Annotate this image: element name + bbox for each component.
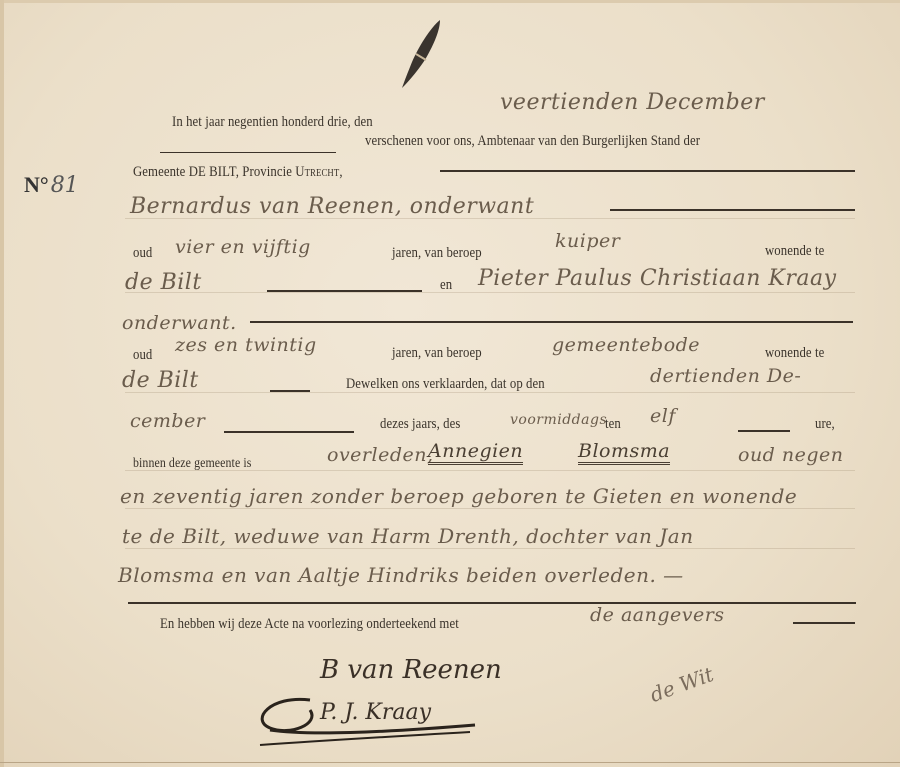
blank-line: [224, 431, 354, 433]
pen-nib-icon: [400, 18, 445, 90]
blank-line: [610, 209, 855, 211]
deceased-parents: Blomsma en van Aaltje Hindriks beiden ov…: [118, 563, 684, 587]
declarant1-name: Bernardus van Reenen, onderwant: [130, 194, 534, 219]
paper-edge-left: [0, 0, 4, 767]
label-wonende: wonende te: [765, 243, 824, 260]
appeared-text: verschenen voor ons, Ambtenaar van den B…: [365, 133, 700, 150]
label-oud: oud: [133, 347, 152, 364]
declarant2-name: Pieter Paulus Christiaan Kraay: [478, 266, 837, 291]
deceased-last-name: Blomsma: [578, 440, 670, 465]
label-ten: ten: [605, 416, 621, 433]
signature-declarant1: B van Reenen: [320, 655, 502, 685]
declarant1-age: vier en vijftig: [175, 236, 311, 258]
label-jaren-beroep: jaren, van beroep: [392, 245, 482, 262]
blank-line: [793, 622, 855, 624]
declaration-text: Dewelken ons verklaarden, dat op den: [346, 376, 545, 393]
deceased-first-name: Annegien: [428, 440, 523, 465]
blank-line: [270, 390, 310, 392]
guide-line: [125, 548, 855, 549]
death-month: cember: [130, 410, 205, 432]
paper-edge-top: [0, 0, 900, 3]
deceased-details-line1: en zeventig jaren zonder beroep geboren …: [120, 484, 797, 508]
record-number: N°81: [24, 172, 79, 198]
blank-line: [738, 430, 790, 432]
signature-official: de Wit: [647, 662, 717, 707]
deceased-status: overleden,: [327, 444, 434, 466]
declarant2-residence: de Bilt: [122, 368, 199, 393]
declarant2-age: zes en twintig: [175, 334, 317, 356]
label-dezes-jaars: dezes jaars, des: [380, 416, 460, 433]
signing-statement: En hebben wij deze Acte na voorlezing on…: [160, 616, 459, 633]
signers: de aangevers: [590, 604, 725, 626]
municipality-text: Gemeente DE BILT, Provincie Utrecht,: [133, 164, 343, 181]
death-time-of-day: voormiddags: [510, 412, 607, 428]
label-en: en: [440, 277, 452, 294]
declarant1-residence: de Bilt: [125, 270, 202, 295]
declarant1-occupation: kuiper: [555, 230, 620, 252]
declarant2-occupation: gemeentebode: [552, 334, 700, 356]
blank-line: [267, 290, 422, 292]
blank-line: [160, 152, 336, 153]
signature-declarant2: P. J. Kraay: [320, 700, 431, 725]
label-jaren-beroep: jaren, van beroep: [392, 345, 482, 362]
intro-text: In het jaar negentien honderd drie, den: [172, 114, 373, 131]
death-date: dertienden De-: [650, 365, 801, 387]
closing-rule: [128, 602, 856, 604]
label-wonende: wonende te: [765, 345, 824, 362]
blank-line: [250, 321, 853, 323]
guide-line: [125, 292, 855, 293]
guide-line: [125, 508, 855, 509]
death-hour: elf: [650, 405, 676, 427]
page-bottom-edge: [0, 762, 900, 763]
blank-line: [440, 170, 855, 172]
label-oud: oud: [133, 245, 152, 262]
declarant2-relation: onderwant.: [122, 312, 237, 334]
label-binnen-gemeente: binnen deze gemeente is: [133, 455, 251, 471]
handwritten-date: veertienden December: [500, 90, 765, 115]
civil-registry-death-record: N°81 In het jaar negentien honderd drie,…: [0, 0, 900, 767]
label-ure: ure,: [815, 416, 835, 433]
deceased-age-part1: oud negen: [738, 444, 844, 466]
deceased-details-line2: te de Bilt, weduwe van Harm Drenth, doch…: [122, 524, 694, 548]
